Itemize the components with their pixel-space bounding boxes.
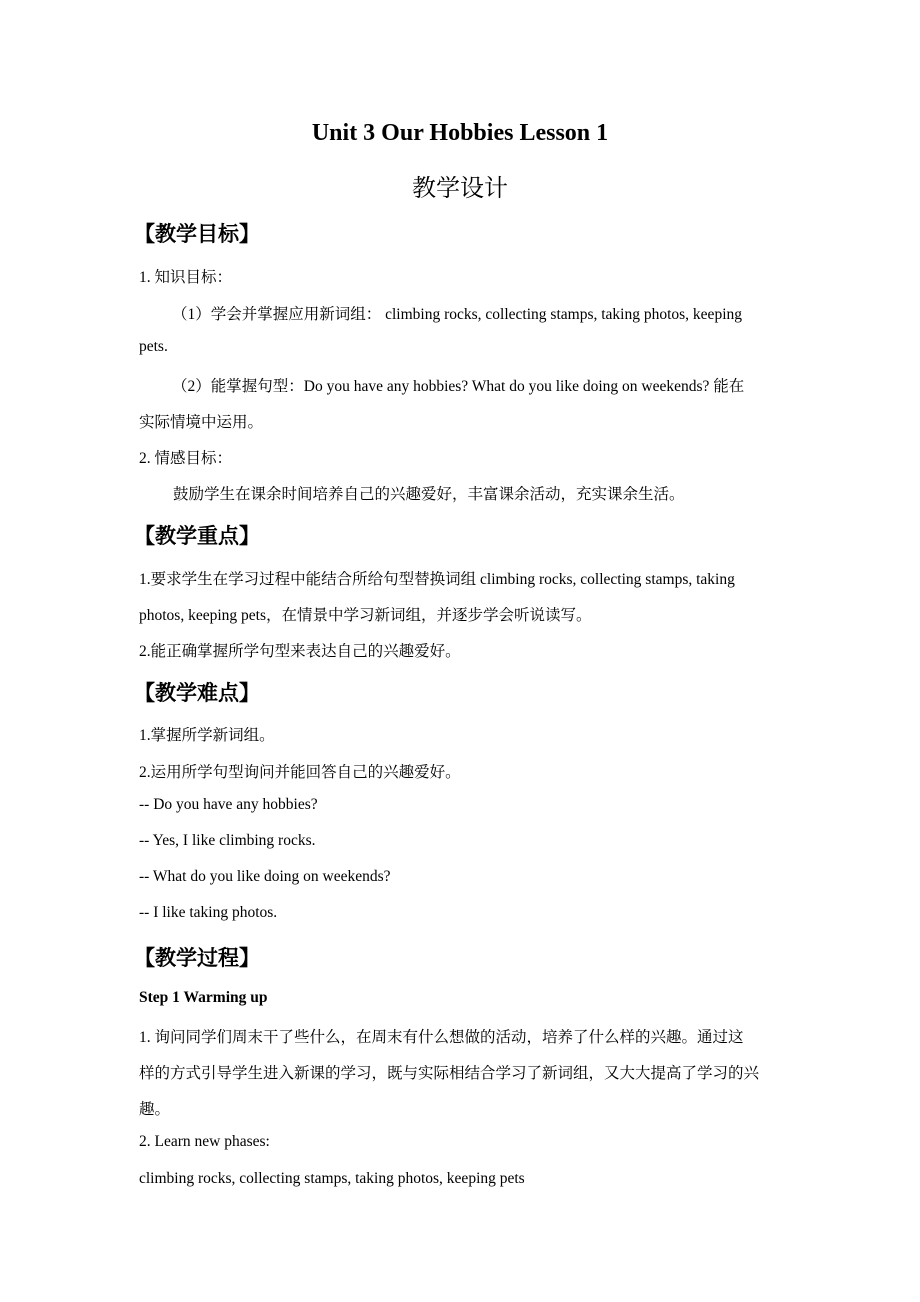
process-line: climbing rocks, collecting stamps, takin…: [139, 1170, 525, 1188]
process-line: 样的方式引导学生进入新课的学习，既与实际相结合学习了新词组，又大大提高了学习的兴: [139, 1061, 759, 1083]
key-points-line: 1.要求学生在学习过程中能结合所给句型替换词组 climbing rocks, …: [139, 567, 735, 589]
difficulties-line: 2.运用所学句型询问并能回答自己的兴趣爱好。: [139, 760, 461, 782]
objectives-line: 1. 知识目标：: [139, 265, 232, 287]
objectives-line: （1）学会并掌握应用新词组： climbing rocks, collectin…: [172, 302, 742, 324]
difficulties-line: -- What do you like doing on weekends?: [139, 868, 391, 886]
objectives-line: 2. 情感目标：: [139, 446, 232, 468]
step1-title: Step 1 Warming up: [139, 989, 267, 1007]
section-heading-difficulties: 【教学难点】: [134, 677, 260, 707]
difficulties-line: -- Do you have any hobbies?: [139, 796, 318, 814]
process-line: 趣。: [139, 1097, 170, 1119]
section-heading-objectives: 【教学目标】: [134, 218, 260, 248]
section-heading-key-points: 【教学重点】: [134, 520, 260, 550]
process-line: 1. 询问同学们周末干了些什么，在周末有什么想做的活动，培养了什么样的兴趣。通过…: [139, 1025, 744, 1047]
document-subtitle: 教学设计: [0, 168, 920, 203]
objectives-line: 鼓励学生在课余时间培养自己的兴趣爱好，丰富课余活动，充实课余生活。: [173, 482, 685, 504]
section-heading-process: 【教学过程】: [134, 942, 260, 972]
key-points-line: photos, keeping pets，在情景中学习新词组，并逐步学会听说读写…: [139, 603, 592, 625]
difficulties-line: -- I like taking photos.: [139, 904, 277, 922]
difficulties-line: 1.掌握所学新词组。: [139, 723, 275, 745]
document-title: Unit 3 Our Hobbies Lesson 1: [0, 120, 920, 147]
difficulties-line: -- Yes, I like climbing rocks.: [139, 832, 316, 850]
process-line: 2. Learn new phases:: [139, 1133, 270, 1151]
objectives-line: pets.: [139, 338, 168, 356]
objectives-line: 实际情境中运用。: [139, 410, 263, 432]
objectives-line: （2）能掌握句型：Do you have any hobbies? What d…: [172, 374, 744, 396]
key-points-line: 2.能正确掌握所学句型来表达自己的兴趣爱好。: [139, 639, 461, 661]
document-page: Unit 3 Our Hobbies Lesson 1 教学设计 【教学目标】 …: [0, 0, 920, 1302]
